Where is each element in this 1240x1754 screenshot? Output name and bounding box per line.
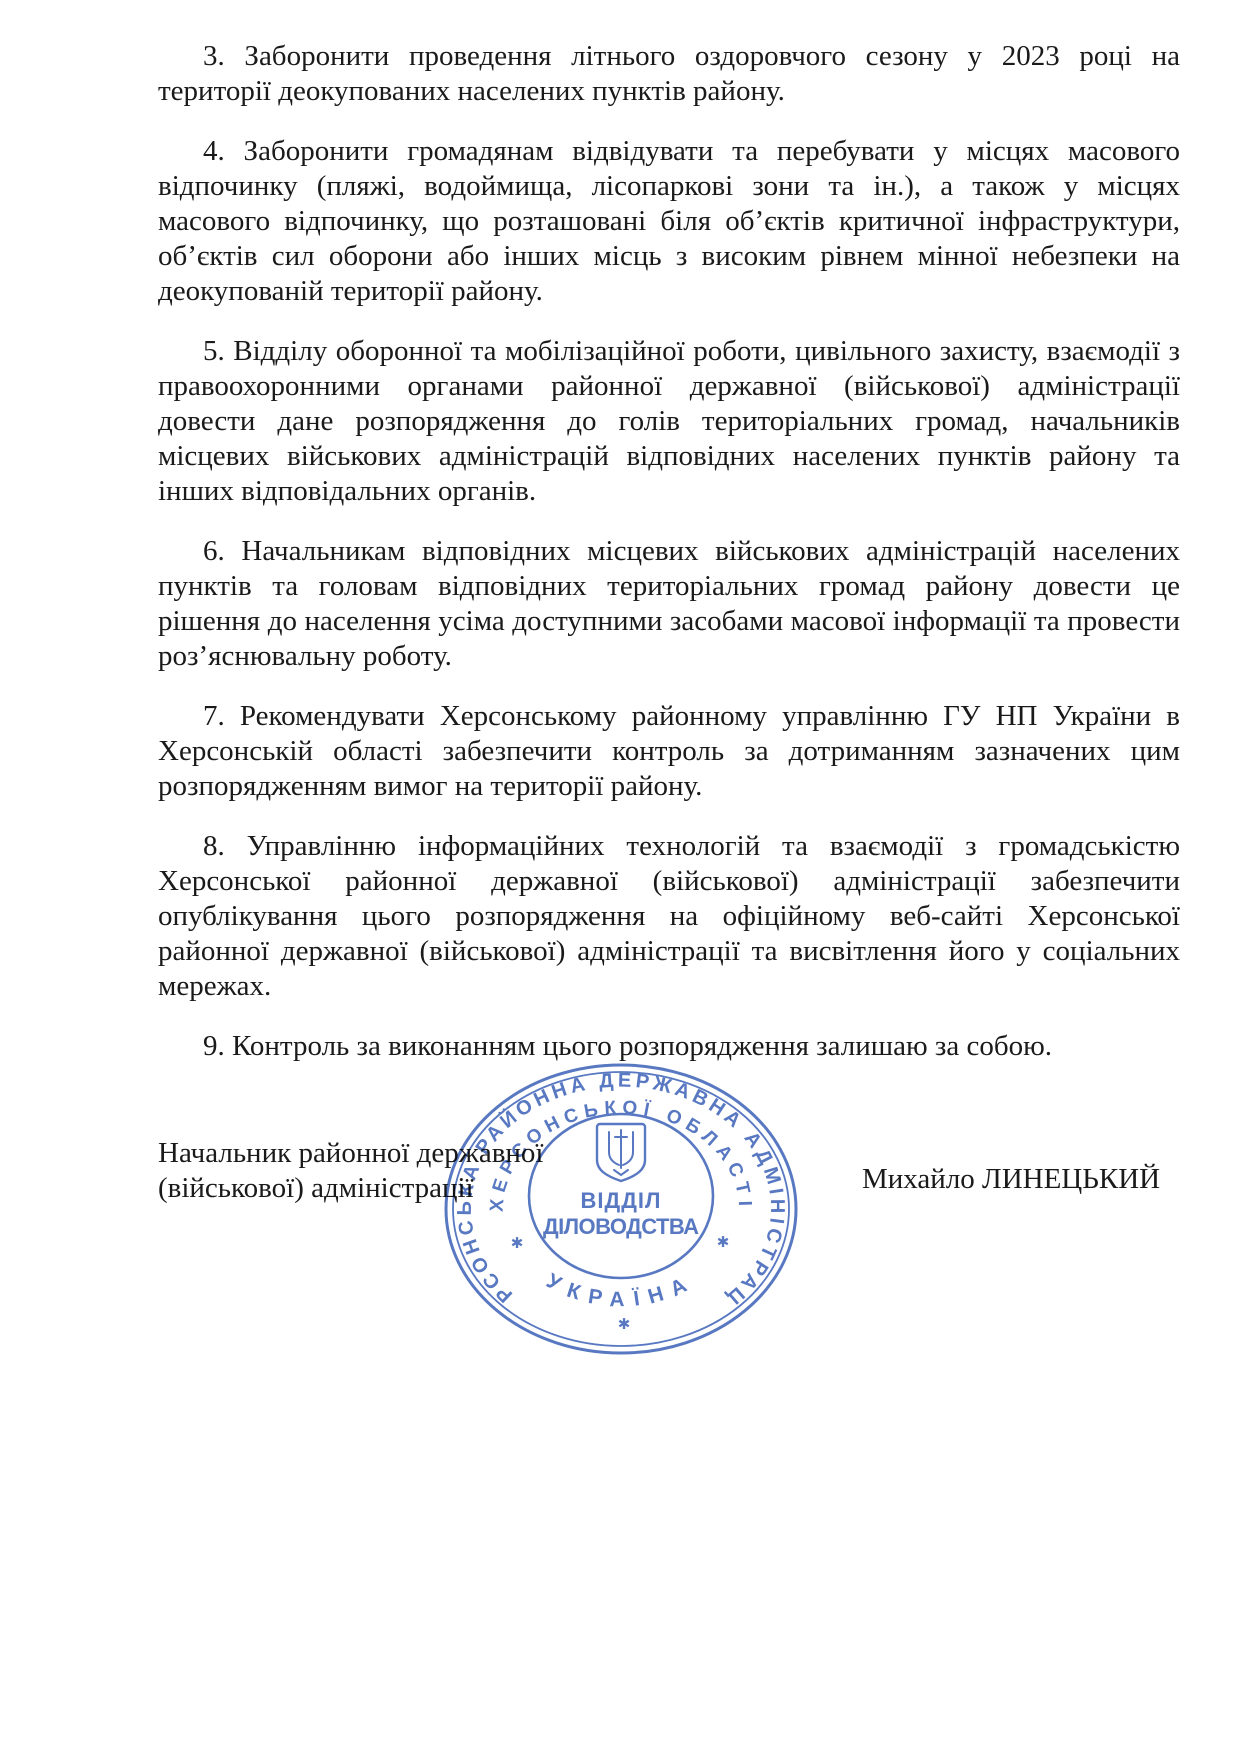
stamp-star-left: ✱	[511, 1235, 524, 1252]
stamp-star-right: ✱	[717, 1234, 730, 1251]
stamp-center-line1: ВІДДІЛ	[581, 1188, 662, 1213]
paragraph: 4. Заборонити громадянам відвідувати та …	[158, 134, 1180, 309]
signer-name: Михайло ЛИНЕЦЬКИЙ	[862, 1162, 1160, 1197]
official-stamp: ХЕРСОНСЬКА РАЙОННА ДЕРЖАВНА АДМІНІСТРАЦІ…	[443, 1062, 799, 1356]
paragraph: 7. Рекомендувати Херсонському районному …	[158, 699, 1180, 804]
paragraph: 9. Контроль за виконанням цього розпоряд…	[158, 1029, 1180, 1064]
document-page: 3. Заборонити проведення літнього оздоро…	[0, 0, 1240, 1754]
paragraph: 6. Начальникам відповідних місцевих війс…	[158, 534, 1180, 674]
tryzub-shield-icon	[597, 1124, 645, 1181]
stamp-inner-ring-bottom-text: УКРАЇНА	[543, 1269, 700, 1311]
stamp-center-line2: ДІЛОВОДСТВА	[543, 1214, 699, 1239]
stamp-star-bottom: ✱	[618, 1316, 631, 1333]
paragraph: 8. Управлінню інформаційних технологій т…	[158, 829, 1180, 1004]
paragraph: 3. Заборонити проведення літнього оздоро…	[158, 39, 1180, 109]
paragraph: 5. Відділу оборонної та мобілізаційної р…	[158, 334, 1180, 509]
document-body: 3. Заборонити проведення літнього оздоро…	[158, 39, 1180, 1089]
